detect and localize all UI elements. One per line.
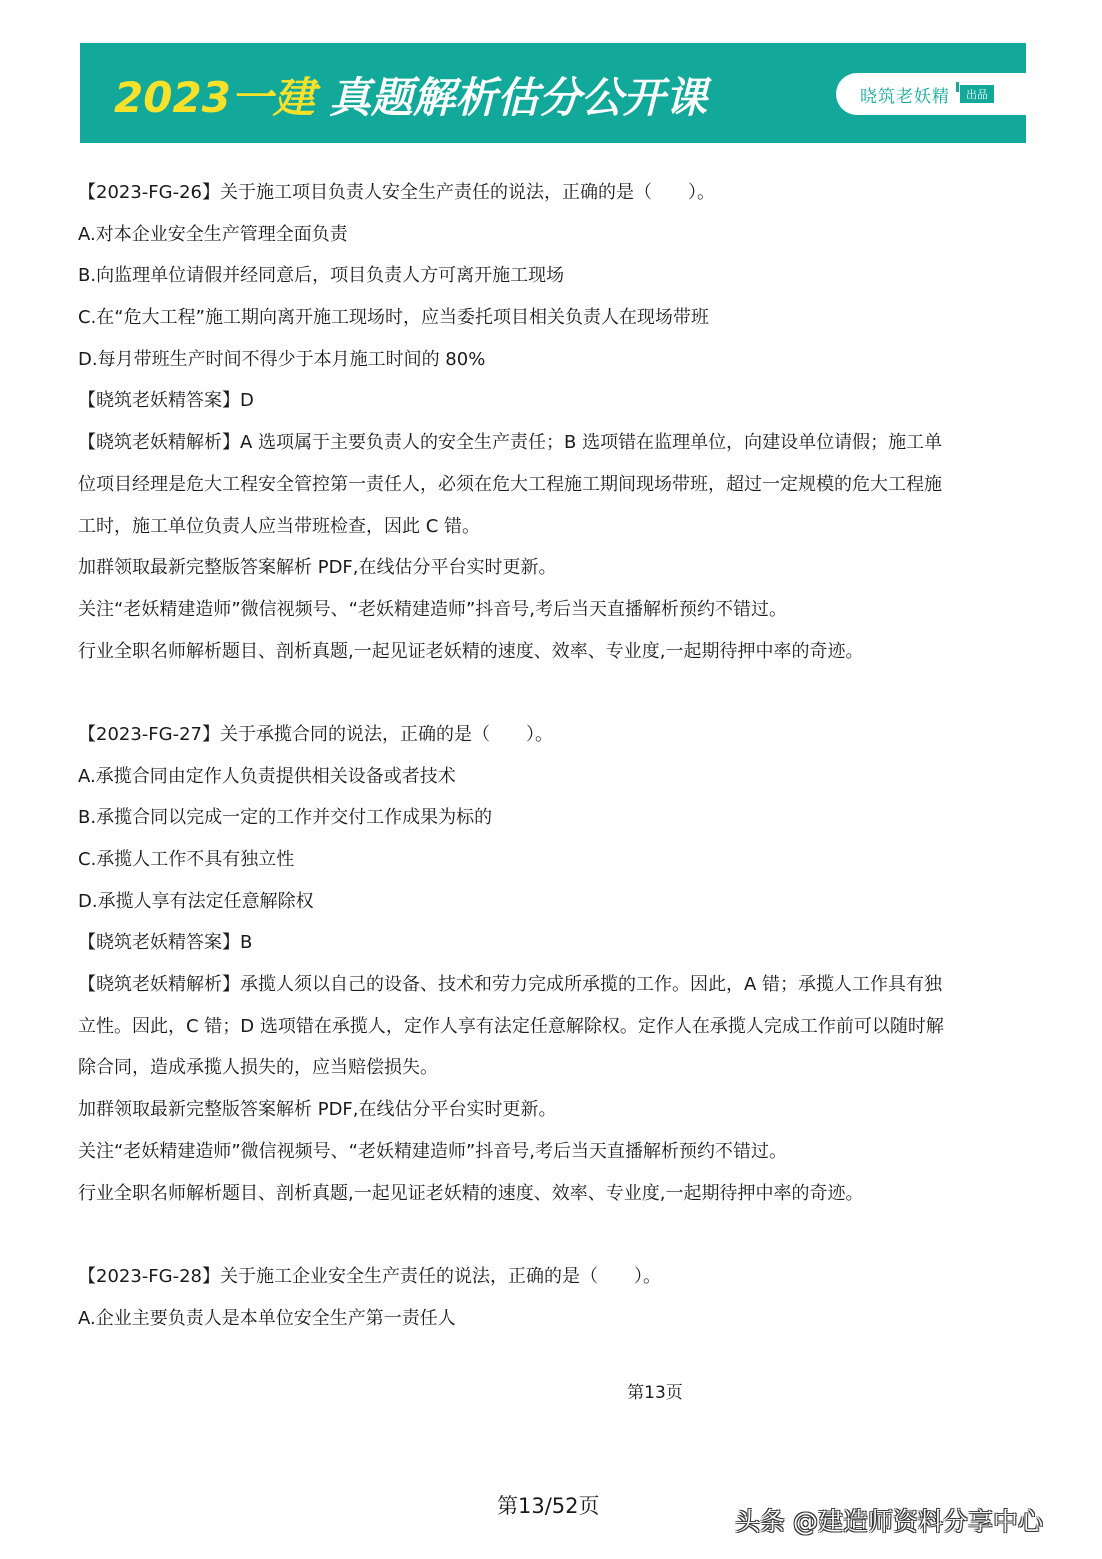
question-block-26: 【2023-FG-26】关于施工项目负责人安全生产责任的说法，正确的是（ ）。 …	[78, 172, 1028, 672]
banner-title-highlight: 2023一建	[114, 65, 315, 125]
banner-title-main: 真题解析估分公开课	[329, 65, 707, 125]
option-d: D.每月带班生产时间不得少于本月施工时间的 80%	[78, 339, 1028, 381]
analysis-line: 除合同，造成承揽人损失的，应当赔偿损失。	[78, 1047, 1028, 1089]
watermark: 头条 @建造师资料分享中心	[735, 1502, 1043, 1538]
spacer	[78, 672, 1028, 714]
analysis-line: 【晓筑老妖精解析】A 选项属于主要负责人的安全生产责任；B 选项错在监理单位，向…	[78, 422, 1028, 464]
option-b: B.承揽合同以完成一定的工作并交付工作成果为标的	[78, 797, 1028, 839]
option-a: A.企业主要负责人是本单位安全生产第一责任人	[78, 1298, 1028, 1340]
option-a: A.承揽合同由定作人负责提供相关设备或者技术	[78, 756, 1028, 798]
promo-line: 加群领取最新完整版答案解析 PDF,在线估分平台实时更新。	[78, 547, 1028, 589]
promo-line: 行业全职名师解析题目、剖析真题,一起见证老妖精的速度、效率、专业度,一起期待押中…	[78, 1173, 1028, 1215]
page-number: 第13页	[0, 1378, 1102, 1403]
brand-badge: 晓筑老妖精 出品	[836, 73, 1026, 115]
option-c: C.在“危大工程”施工期向离开施工现场时，应当委托项目相关负责人在现场带班	[78, 297, 1028, 339]
question-stem: 【2023-FG-26】关于施工项目负责人安全生产责任的说法，正确的是（ ）。	[78, 172, 1028, 214]
spacer	[78, 1214, 1028, 1256]
promo-line: 行业全职名师解析题目、剖析真题,一起见证老妖精的速度、效率、专业度,一起期待押中…	[78, 631, 1028, 673]
option-c: C.承揽人工作不具有独立性	[78, 839, 1028, 881]
option-a: A.对本企业安全生产管理全面负责	[78, 214, 1028, 256]
course-banner: 2023一建 真题解析估分公开课 晓筑老妖精 出品	[80, 43, 1026, 143]
analysis-line: 【晓筑老妖精解析】承揽人须以自己的设备、技术和劳力完成所承揽的工作。因此，A 错…	[78, 964, 1028, 1006]
promo-line: 加群领取最新完整版答案解析 PDF,在线估分平台实时更新。	[78, 1089, 1028, 1131]
question-block-28: 【2023-FG-28】关于施工企业安全生产责任的说法，正确的是（ ）。 A.企…	[78, 1256, 1028, 1339]
brand-tag: 出品	[960, 85, 994, 103]
question-block-27: 【2023-FG-27】关于承揽合同的说法，正确的是（ ）。 A.承揽合同由定作…	[78, 714, 1028, 1214]
analysis-line: 工时，施工单位负责人应当带班检查，因此 C 错。	[78, 506, 1028, 548]
promo-line: 关注“老妖精建造师”微信视频号、“老妖精建造师”抖音号,考后当天直播解析预约不错…	[78, 1131, 1028, 1173]
option-d: D.承揽人享有法定任意解除权	[78, 881, 1028, 923]
analysis-line: 位项目经理是危大工程安全管控第一责任人，必须在危大工程施工期间现场带班，超过一定…	[78, 464, 1028, 506]
document-body: 【2023-FG-26】关于施工项目负责人安全生产责任的说法，正确的是（ ）。 …	[78, 172, 1028, 1339]
analysis-line: 立性。因此，C 错；D 选项错在承揽人，定作人享有法定任意解除权。定作人在承揽人…	[78, 1006, 1028, 1048]
option-b: B.向监理单位请假并经同意后，项目负责人方可离开施工现场	[78, 255, 1028, 297]
question-stem: 【2023-FG-27】关于承揽合同的说法，正确的是（ ）。	[78, 714, 1028, 756]
question-stem: 【2023-FG-28】关于施工企业安全生产责任的说法，正确的是（ ）。	[78, 1256, 1028, 1298]
answer-line: 【晓筑老妖精答案】D	[78, 380, 1028, 422]
brand-name: 晓筑老妖精	[860, 82, 950, 107]
answer-line: 【晓筑老妖精答案】B	[78, 922, 1028, 964]
promo-line: 关注“老妖精建造师”微信视频号、“老妖精建造师”抖音号,考后当天直播解析预约不错…	[78, 589, 1028, 631]
banner-title: 2023一建 真题解析估分公开课	[114, 65, 707, 125]
page-indicator: 第13/52页	[497, 1490, 600, 1520]
